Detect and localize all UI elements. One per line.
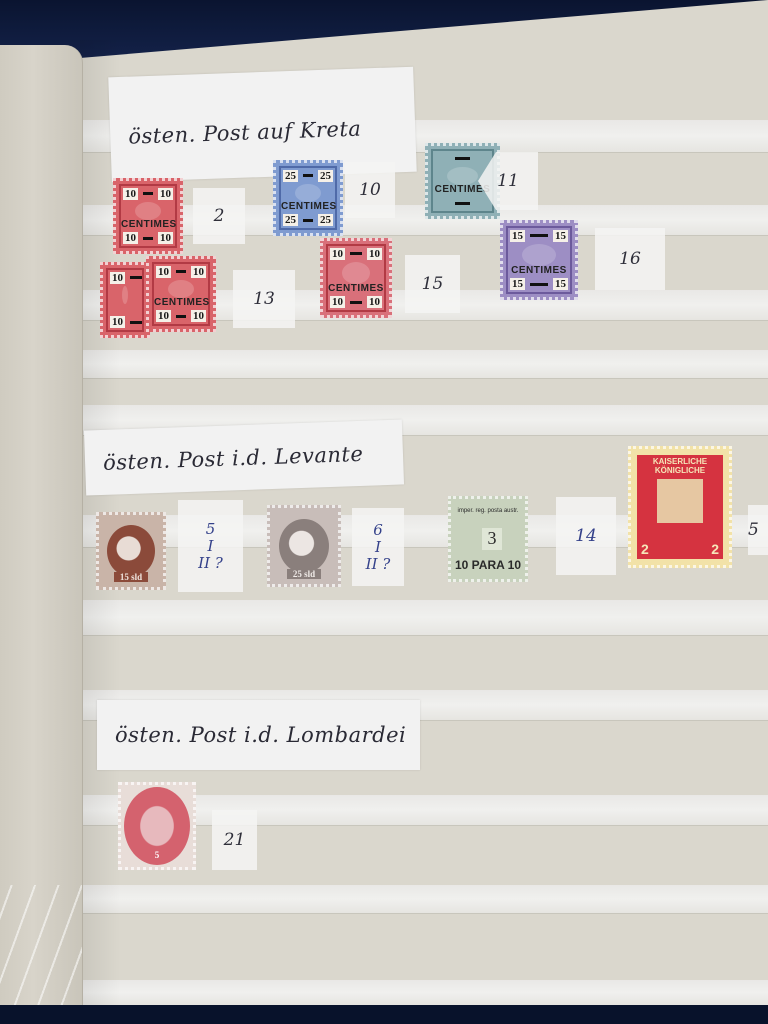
stamp-kreta-25c: 25 25 CENTIMES 25 25	[273, 160, 343, 236]
heading-text: östen. Post i.d. Levante	[103, 441, 364, 474]
stamp-kreta-10c-pair-left: 10 10	[100, 262, 150, 338]
glassine-interleaf	[0, 45, 83, 1007]
backdrop-bottom	[0, 1005, 768, 1024]
catalog-note: 2	[193, 188, 245, 244]
portrait-medallion	[279, 519, 329, 573]
heading-text: östen. Post auf Kreta	[128, 116, 362, 148]
catalog-note: 10	[345, 162, 395, 218]
catalog-note: 5 I II ?	[178, 500, 243, 592]
portrait-medallion	[107, 525, 155, 577]
stock-strip	[80, 885, 768, 913]
catalog-note: 5	[748, 505, 768, 555]
stock-strip	[80, 980, 768, 1005]
stamp-lombardei-eagle: 5	[118, 782, 196, 870]
stamp-kreta-10c: 10 10 CENTIMES 10 10	[113, 178, 183, 254]
stamp-levante-15sld: 15 sld	[96, 512, 166, 590]
stamp-levante-25sld: 25 sld	[267, 505, 341, 587]
portrait-panel	[657, 479, 703, 523]
stock-strip	[80, 600, 768, 635]
catalog-note: 21	[212, 810, 257, 870]
section-heading-lombardei: östen. Post i.d. Lombardei	[97, 700, 420, 770]
stamp-levante-2-kaiserliche: KAISERLICHE KÖNIGLICHE 2 2	[628, 446, 732, 568]
stamp-kreta-15c: 15 15 CENTIMES 15 15	[500, 220, 578, 300]
catalog-note: 6 I II ?	[352, 508, 404, 586]
stamp-levante-10para: imper. reg. posta austr. 3 10 PARA 10	[448, 496, 528, 582]
catalog-note: 16	[595, 228, 665, 290]
catalog-note: 15	[405, 255, 460, 313]
stamp-kreta-10c-pair-right: 10 10 CENTIMES 10 10	[146, 256, 216, 332]
section-heading-levante: östen. Post i.d. Levante	[84, 419, 404, 495]
catalog-note: 13	[233, 270, 295, 328]
heading-text: östen. Post i.d. Lombardei	[115, 723, 406, 747]
stock-strip	[80, 350, 768, 378]
stamp-kreta-10c-b: 10 10 CENTIMES 10 10	[320, 238, 392, 318]
catalog-note: 14	[556, 497, 616, 575]
